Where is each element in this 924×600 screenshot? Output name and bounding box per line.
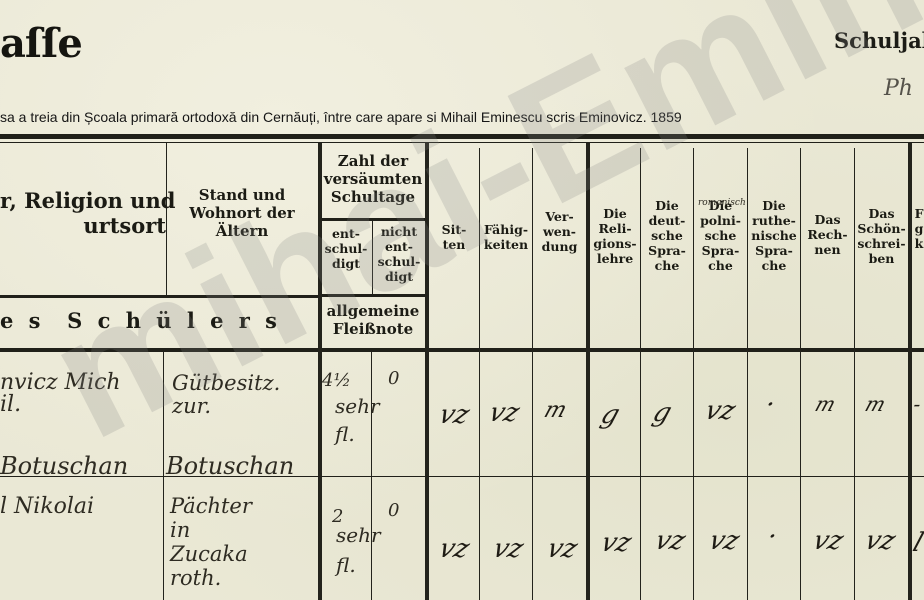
school-year-handwritten: Ph [884,76,913,101]
birthplace: Botuschan [0,452,128,480]
header-diligence: allgemeine Fleißnote [320,302,426,338]
header-subject-application: Ver- wen- dung [533,209,586,254]
header-subject-abilities: Fähig- keiten [480,222,532,252]
parents-occupation: Pächter in Zucaka roth. [170,494,252,591]
header-subject-conduct: Sit- ten [429,222,479,252]
header-subject-religion: Die Reli- gions- lehre [590,206,640,266]
unexcused-days: 0 [388,500,399,521]
header-subject-polish: Die polni- sche Spra- che [694,198,747,273]
school-year-label: Schuljahr [834,28,924,53]
col-divider [479,148,480,600]
header-subject-calligraphy: Das Schön- schrei- ben [855,206,908,266]
unexcused-days: 0 [388,368,399,389]
header-student: e s S c h ü l e r s [0,308,318,333]
register-title-fragment: aſſe [0,20,82,67]
diligence-divider [320,294,426,297]
student-name: nvicz Mich il. [0,372,121,416]
diligence-grade: sehr fl. [335,392,380,448]
header-handwritten-correction: romanisch [698,198,746,208]
header-missed-days: Zahl der versäumten Schultage [320,152,426,206]
parents-residence: Botuschan [166,452,294,480]
photo-caption: sa a treia din Școala primară ortodoxă d… [0,109,682,125]
table-top-rule [0,134,924,139]
header-subject-arithmetic: Das Rech- nen [801,212,854,257]
header-subject-ruthenian: Die ruthe- nische Spra- che [748,198,800,273]
header-excused: ent- schul- digt [320,226,372,271]
parents-occupation: Gütbesitz. zur. [172,372,280,418]
header-subject-german: Die deut- sche Spra- che [641,198,693,273]
document-scan [0,0,924,600]
name-header-divider [0,295,318,298]
col-divider-thick [425,143,429,600]
student-name: l Nikolai [0,494,94,519]
header-bottom-rule [0,348,924,352]
header-subject-cutoff: F g k [912,206,924,251]
header-unexcused: nicht ent- schul- digt [373,224,425,284]
table-top-rule-thin [0,142,924,143]
header-parents: Stand und Wohnort der Ältern [166,186,318,240]
excused-days: 4½ [322,370,351,391]
row-separator [0,476,924,477]
diligence-grade: sehr fl. [336,520,381,580]
missed-days-divider [320,218,426,221]
header-name-religion: r, Religion und urtsort [0,188,166,238]
